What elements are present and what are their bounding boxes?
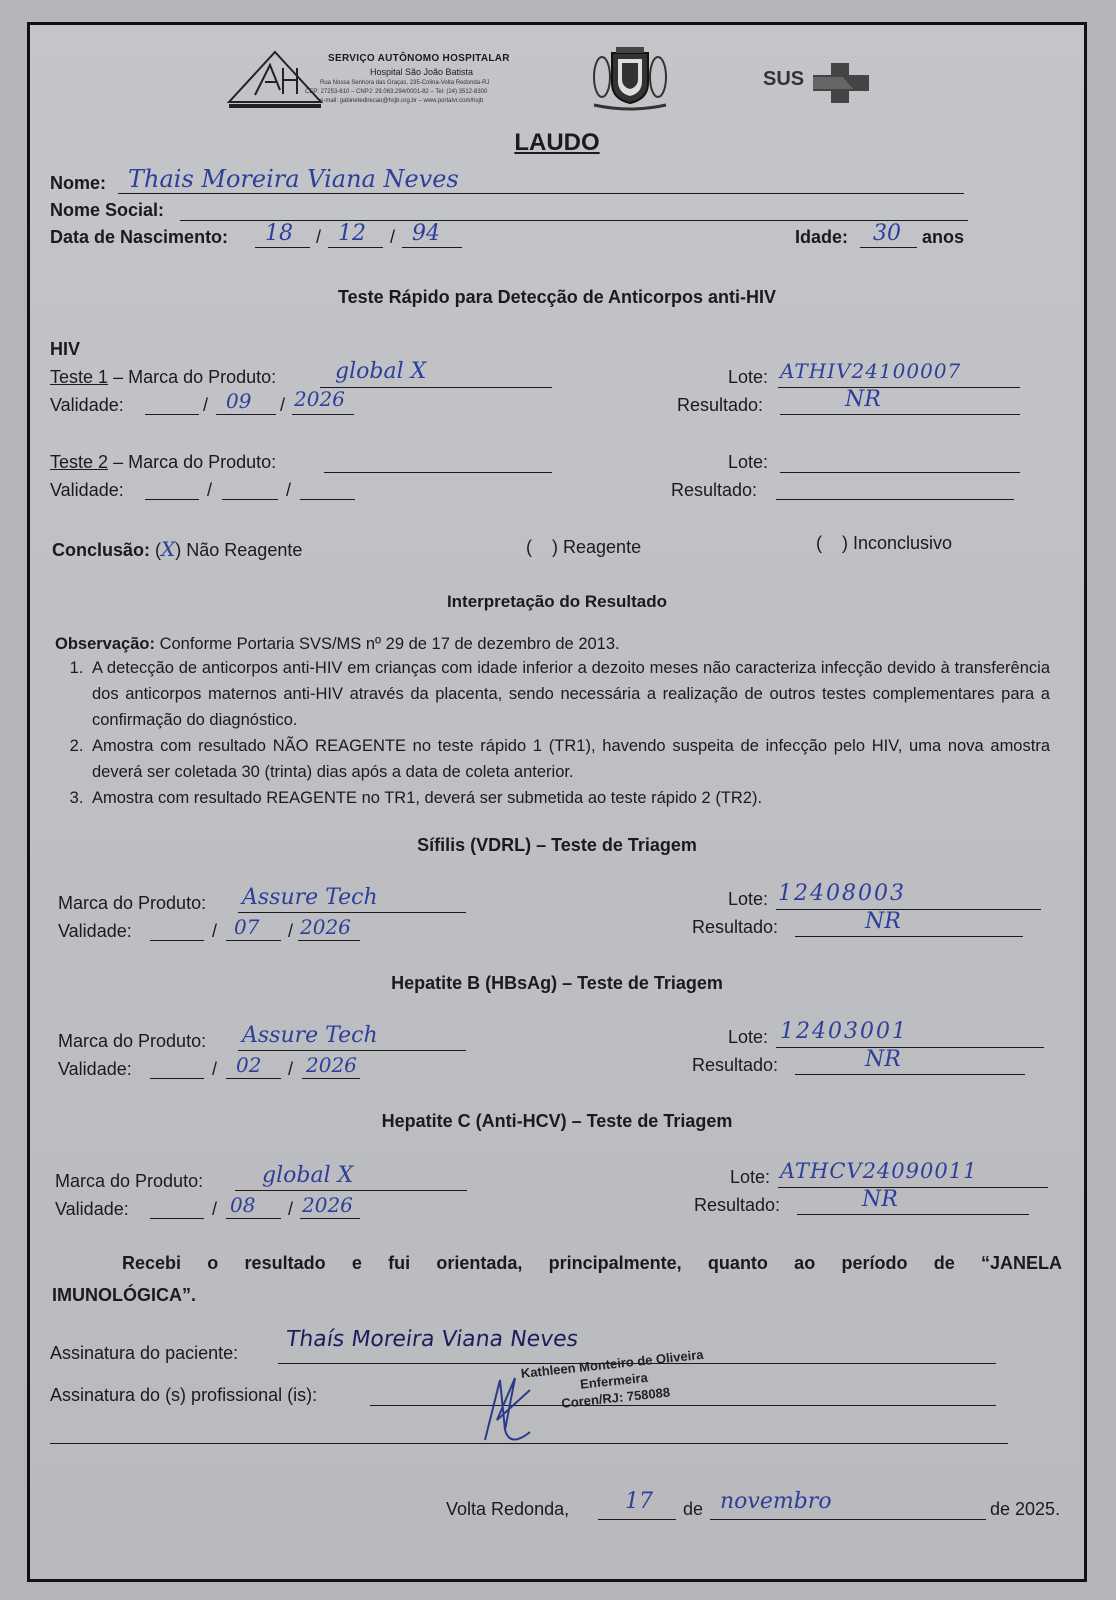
syphilis-title: Sífilis (VDRL) – Teste de Triagem (30, 835, 1084, 856)
syphilis-result-label: Resultado: (692, 917, 778, 938)
acknowledgement-text: Recebi o resultado e fui orientada, prin… (52, 1247, 1062, 1311)
hepc-validity-month: 08 (230, 1193, 255, 1217)
doc-title: LAUDO (30, 129, 1084, 157)
hepb-brand-value: Assure Tech (242, 1023, 378, 1048)
syphilis-result-value: NR (865, 909, 901, 934)
observation-item: Amostra com resultado REAGENTE no TR1, d… (88, 785, 1050, 811)
test1-brand-value: global X (335, 359, 426, 384)
hospital-name: Hospital São João Batista (370, 67, 473, 77)
checkbox-nao-reagente[interactable]: X (161, 537, 175, 561)
checkbox-inconclusivo[interactable]: ( ) (816, 533, 848, 553)
date-day: 17 (625, 1489, 653, 1514)
name-label: Nome: (50, 173, 106, 194)
hepc-brand-label: Marca do Produto: (55, 1171, 203, 1192)
test1-name: Teste 1 (50, 367, 108, 387)
age-unit: anos (922, 227, 964, 248)
org-title: SERVIÇO AUTÔNOMO HOSPITALAR (328, 53, 510, 64)
observation-item: A detecção de anticorpos anti-HIV em cri… (88, 655, 1050, 733)
test1-brand-label: – Marca do Produto: (113, 367, 276, 387)
test1-lot-label: Lote: (728, 367, 768, 388)
conclusion-row: Conclusão: (X) Não Reagente (52, 537, 302, 561)
city-coat-of-arms-icon (590, 45, 670, 111)
test1-validity-month: 09 (226, 389, 251, 413)
date-de-label: de (683, 1499, 703, 1520)
hiv-section-title: Teste Rápido para Detecção de Anticorpos… (30, 287, 1084, 308)
syphilis-validity-month: 07 (234, 915, 259, 939)
hospital-address: Rua Nossa Senhora das Graças, 235-Colina… (320, 80, 489, 86)
option-nao-reagente: Não Reagente (186, 540, 302, 560)
option-inconclusivo: Inconclusivo (853, 533, 952, 553)
observation-list: A detecção de anticorpos anti-HIV em cri… (50, 655, 1050, 811)
hepb-title: Hepatite B (HBsAg) – Teste de Triagem (30, 973, 1084, 994)
patient-signature: Thaís Moreira Viana Neves (284, 1327, 580, 1352)
hepc-result-label: Resultado: (694, 1195, 780, 1216)
hospital-email: e-mail: gabinetedirecao@hsjb.org.br – ww… (320, 98, 483, 104)
hepb-lot-value: 12403001 (780, 1019, 908, 1044)
hiv-label: HIV (50, 339, 80, 360)
test2-name: Teste 2 (50, 452, 108, 472)
social-name-label: Nome Social: (50, 200, 164, 221)
checkbox-reagente[interactable]: ( ) (526, 537, 558, 557)
hepc-lot-label: Lote: (730, 1167, 770, 1188)
hepb-validity-year: 2026 (306, 1053, 357, 1077)
sus-label: SUS (763, 68, 804, 91)
syphilis-validity-label: Validade: (58, 921, 132, 942)
laudo-sheet: SERVIÇO AUTÔNOMO HOSPITALAR Hospital São… (27, 22, 1087, 1582)
hepb-validity-label: Validade: (58, 1059, 132, 1080)
sus-cross-icon (813, 63, 869, 103)
syphilis-brand-label: Marca do Produto: (58, 893, 206, 914)
syphilis-lot-label: Lote: (728, 889, 768, 910)
hepc-lot-value: ATHCV24090011 (780, 1159, 977, 1183)
professional-signature-label: Assinatura do (s) profissional (is): (50, 1385, 317, 1406)
hospital-logo-icon (225, 50, 325, 110)
test2-lot-label: Lote: (728, 452, 768, 473)
hepb-lot-label: Lote: (728, 1027, 768, 1048)
dob-label: Data de Nascimento: (50, 227, 228, 248)
test1-lot-value: ATHIV24100007 (780, 359, 961, 383)
hepc-title: Hepatite C (Anti-HCV) – Teste de Triagem (30, 1111, 1084, 1132)
syphilis-brand-value: Assure Tech (242, 885, 378, 910)
test1-validity-label: Validade: (50, 395, 124, 416)
date-month: novembro (720, 1489, 832, 1514)
observation: Observação: Conforme Portaria SVS/MS nº … (55, 635, 620, 654)
name-value: Thais Moreira Viana Neves (128, 165, 459, 193)
test1-validity-year: 2026 (294, 387, 345, 411)
option-reagente: Reagente (563, 537, 641, 557)
hepc-validity-year: 2026 (302, 1193, 353, 1217)
observation-item: Amostra com resultado NÃO REAGENTE no te… (88, 733, 1050, 785)
city-label: Volta Redonda, (446, 1499, 569, 1520)
syphilis-validity-year: 2026 (300, 915, 351, 939)
dob-year: 94 (412, 221, 440, 246)
age-value: 30 (873, 221, 901, 246)
age-label: Idade: (795, 227, 848, 248)
hepc-brand-value: global X (262, 1163, 353, 1188)
hospital-contact: CEP: 27253-610 – CNPJ: 29.063.294/0001-8… (305, 89, 487, 95)
hepb-validity-month: 02 (236, 1053, 261, 1077)
test1-result-label: Resultado: (677, 395, 763, 416)
dob-day: 18 (265, 221, 293, 246)
date-year: de 2025. (990, 1499, 1060, 1520)
hepb-brand-label: Marca do Produto: (58, 1031, 206, 1052)
hepb-result-value: NR (865, 1047, 901, 1072)
test2-validity-label: Validade: (50, 480, 124, 501)
patient-signature-label: Assinatura do paciente: (50, 1343, 238, 1364)
syphilis-lot-value: 12408003 (778, 881, 906, 906)
test1-result-value: NR (845, 387, 881, 412)
conclusion-label: Conclusão: (52, 540, 150, 560)
test2-brand-label: – Marca do Produto: (113, 452, 276, 472)
hepb-result-label: Resultado: (692, 1055, 778, 1076)
interpretation-title: Interpretação do Resultado (30, 592, 1084, 612)
dob-month: 12 (338, 221, 366, 246)
test2-result-label: Resultado: (671, 480, 757, 501)
hepc-result-value: NR (862, 1187, 898, 1212)
hepc-validity-label: Validade: (55, 1199, 129, 1220)
